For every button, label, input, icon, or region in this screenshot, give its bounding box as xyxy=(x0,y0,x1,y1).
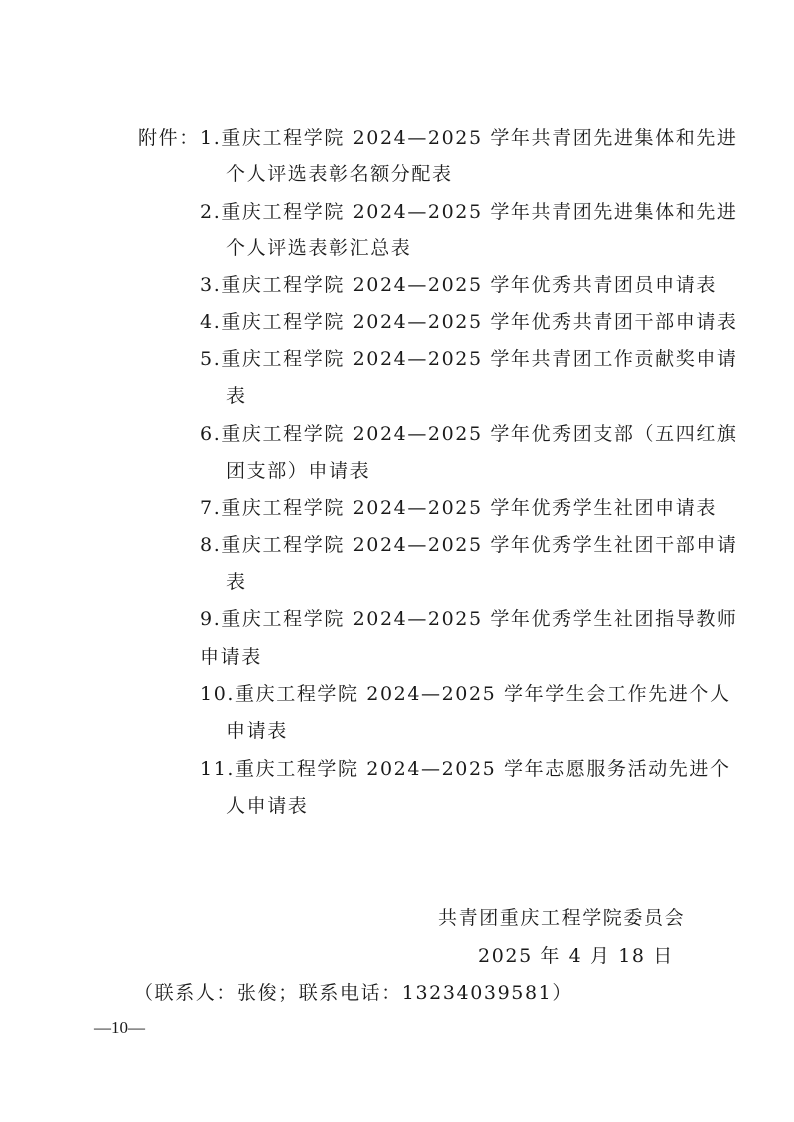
attachment-11-line1: 11.重庆工程学院 2024—2025 学年志愿服务活动先进个 xyxy=(200,757,731,781)
attachments-prefix: 附件： xyxy=(138,126,200,150)
attachment-5-line1: 5.重庆工程学院 2024—2025 学年共青团工作贡献奖申请 xyxy=(200,347,738,371)
attachment-3-line1: 3.重庆工程学院 2024—2025 学年优秀共青团员申请表 xyxy=(200,273,717,297)
attachment-10-line2: 申请表 xyxy=(226,719,288,743)
attachment-4-line1: 4.重庆工程学院 2024—2025 学年优秀共青团干部申请表 xyxy=(200,310,738,334)
signature-organization: 共青团重庆工程学院委员会 xyxy=(438,906,685,930)
attachment-9-line1: 9.重庆工程学院 2024—2025 学年优秀学生社团指导教师 xyxy=(200,607,738,631)
page-number: —10— xyxy=(94,1018,145,1038)
signature-date: 2025 年 4 月 18 日 xyxy=(478,944,674,968)
attachment-10-line1: 10.重庆工程学院 2024—2025 学年学生会工作先进个人 xyxy=(200,682,731,706)
attachment-9-line2: 申请表 xyxy=(200,645,262,669)
attachment-1-line1: 1.重庆工程学院 2024—2025 学年共青团先进集体和先进 xyxy=(200,126,738,150)
attachment-1-line2: 个人评选表彰名额分配表 xyxy=(226,162,453,186)
attachment-8-line2: 表 xyxy=(226,570,247,594)
attachment-7-line1: 7.重庆工程学院 2024—2025 学年优秀学生社团申请表 xyxy=(200,496,717,520)
attachment-5-line2: 表 xyxy=(226,384,247,408)
attachment-6-line2: 团支部）申请表 xyxy=(226,459,370,483)
attachment-2-line2: 个人评选表彰汇总表 xyxy=(226,236,411,260)
attachment-11-line2: 人申请表 xyxy=(226,794,308,818)
attachment-8-line1: 8.重庆工程学院 2024—2025 学年优秀学生社团干部申请 xyxy=(200,533,738,557)
attachment-2-line1: 2.重庆工程学院 2024—2025 学年共青团先进集体和先进 xyxy=(200,200,738,224)
contact-info: （联系人：张俊；联系电话：13234039581） xyxy=(134,981,573,1005)
attachment-6-line1: 6.重庆工程学院 2024—2025 学年优秀团支部（五四红旗 xyxy=(200,422,738,446)
